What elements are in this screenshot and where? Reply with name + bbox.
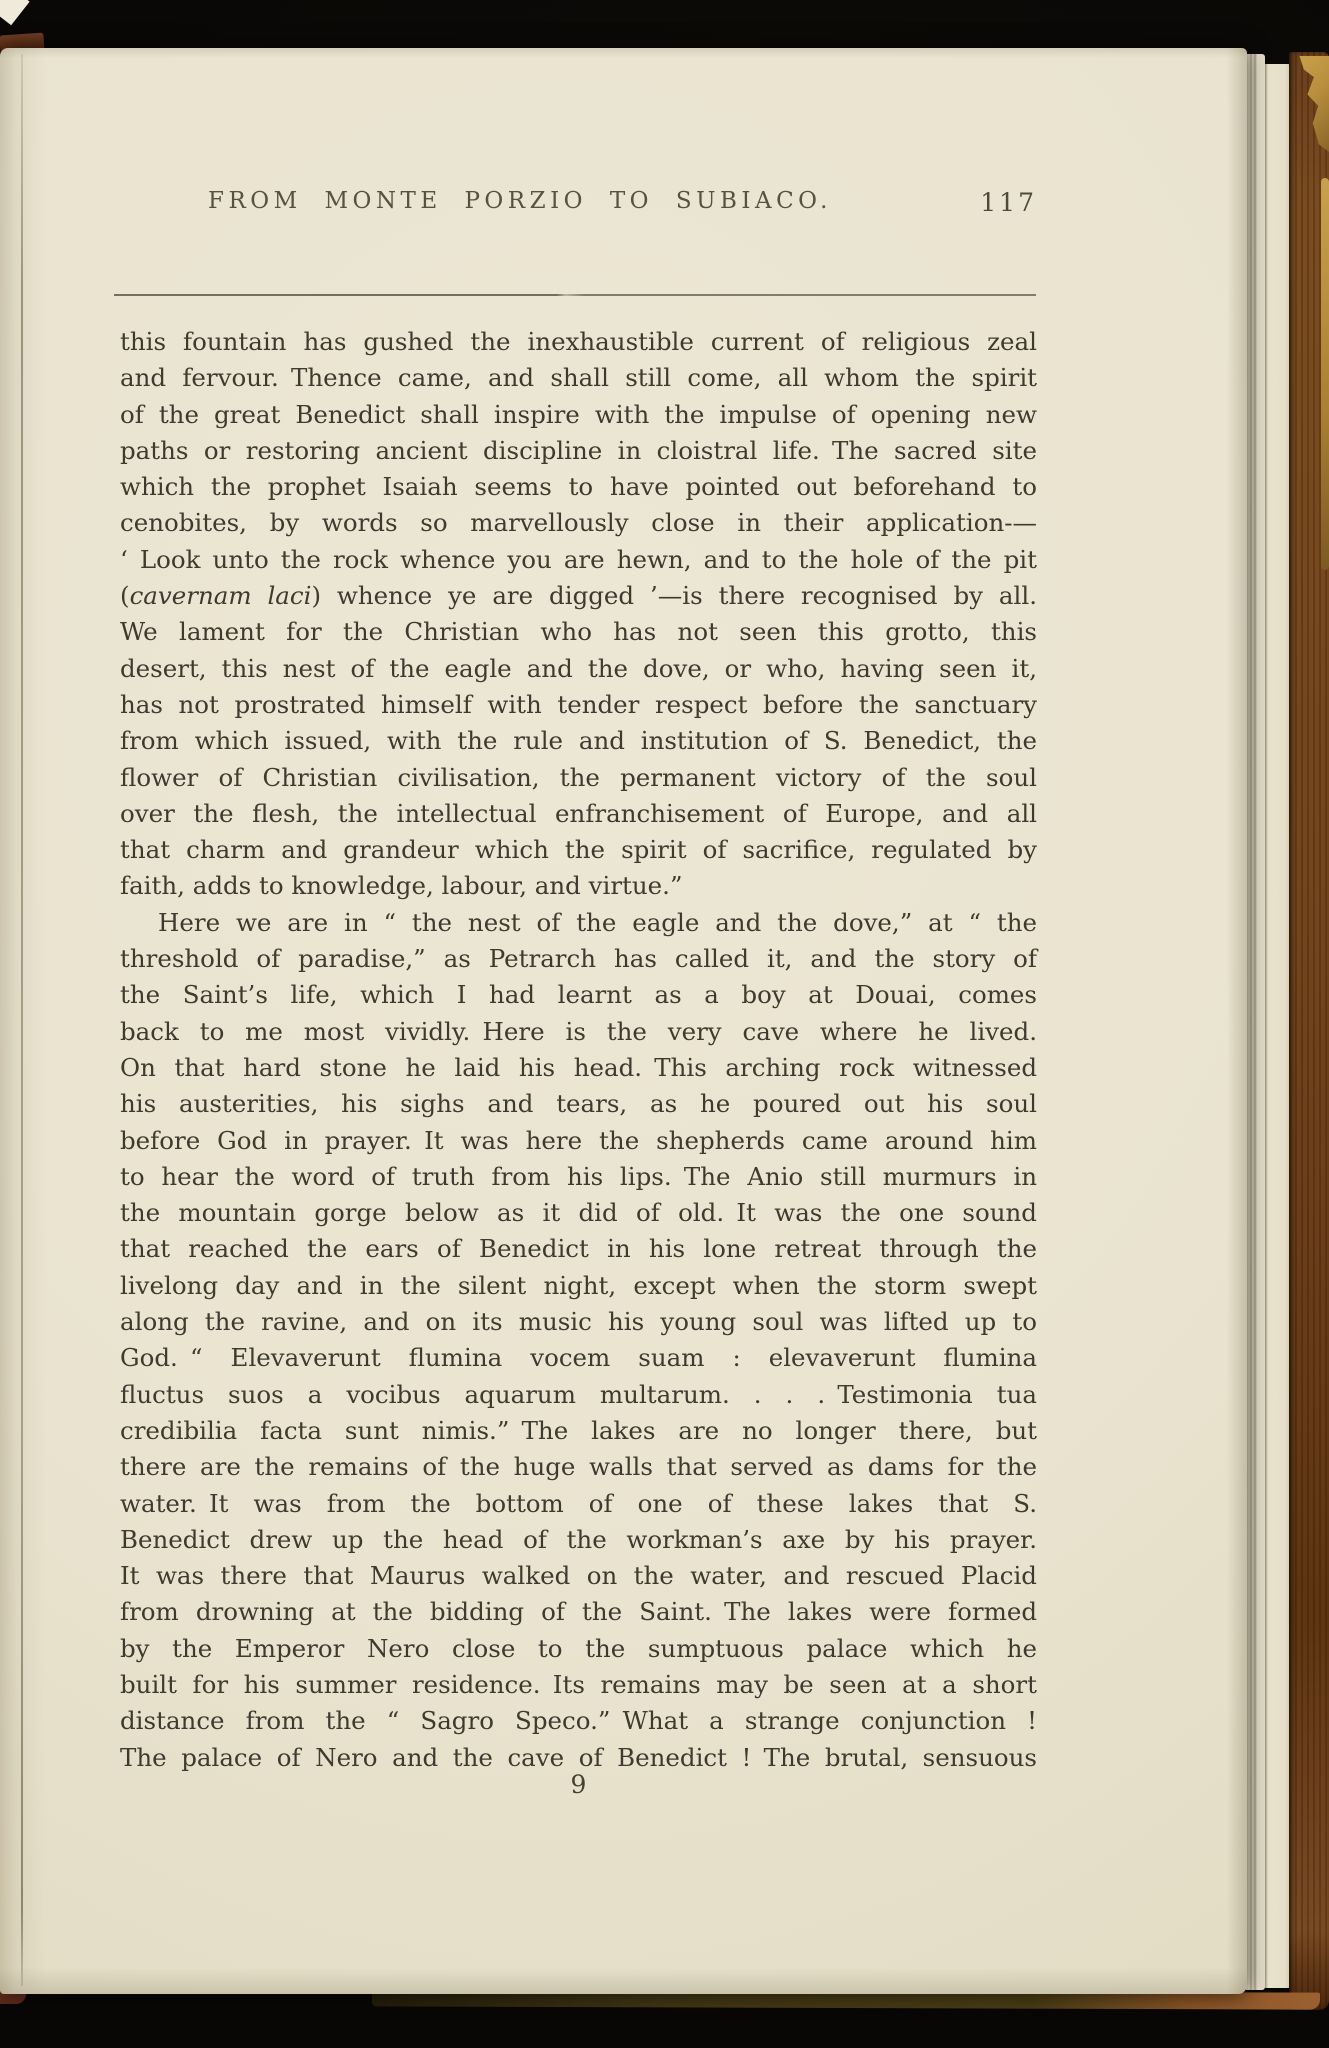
text-line: God. “ Elevaverunt flumina vocem suam : … xyxy=(120,1340,1037,1376)
text-line: paths or restoring ancient discipline in… xyxy=(120,433,1037,469)
text-line: from drowning at the bidding of the Sain… xyxy=(120,1594,1037,1630)
stacked-page-edges-outer xyxy=(1265,64,1292,1988)
text-line: fluctus suos a vocibus aquarum multarum.… xyxy=(120,1377,1037,1413)
text-line: On that hard stone he laid his head. Thi… xyxy=(120,1050,1037,1086)
text-segment: ) whence ye are digged ’—is there recogn… xyxy=(311,581,1037,610)
text-segment: ( xyxy=(120,581,130,610)
page-number: 117 xyxy=(980,188,1037,217)
text-line: that charm and grandeur which the spirit… xyxy=(120,832,1037,868)
text-line: Here we are in “ the nest of the eagle a… xyxy=(120,905,1037,941)
text-line: which the prophet Isaiah seems to have p… xyxy=(120,469,1037,505)
running-header: FROM MONTE PORZIO TO SUBIACO. 117 xyxy=(120,188,1037,222)
text-line: threshold of paradise,” as Petrarch has … xyxy=(120,941,1037,977)
text-line: from which issued, with the rule and ins… xyxy=(120,723,1037,759)
text-line: livelong day and in the silent night, ex… xyxy=(120,1268,1037,1304)
gutter-crease xyxy=(21,54,23,1986)
text-line: the Saint’s life, which I had learnt as … xyxy=(120,977,1037,1013)
text-line: faith, adds to knowledge, labour, and vi… xyxy=(120,868,1037,904)
text-line: built for his summer residence. Its rema… xyxy=(120,1667,1037,1703)
book-page: FROM MONTE PORZIO TO SUBIACO. 117 this f… xyxy=(0,48,1247,1994)
text-line: It was there that Maurus walked on the w… xyxy=(120,1558,1037,1594)
text-line: by the Emperor Nero close to the sumptuo… xyxy=(120,1631,1037,1667)
text-line: there are the remains of the huge walls … xyxy=(120,1449,1037,1485)
running-header-title: FROM MONTE PORZIO TO SUBIACO. xyxy=(120,188,920,214)
text-line: the mountain gorge below as it did of ol… xyxy=(120,1195,1037,1231)
text-line: to hear the word of truth from his lips.… xyxy=(120,1159,1037,1195)
text-line: back to me most vividly. Here is the ver… xyxy=(120,1014,1037,1050)
page-corner-sliver xyxy=(0,0,30,25)
book-scan-photo: FROM MONTE PORZIO TO SUBIACO. 117 this f… xyxy=(0,0,1329,2048)
body-text: this fountain has gushed the inexhaustib… xyxy=(120,324,1037,1776)
text-line: his austerities, his sighs and tears, as… xyxy=(120,1086,1037,1122)
text-line: distance from the “ Sagro Speco.” What a… xyxy=(120,1703,1037,1739)
text-line: before God in prayer. It was here the sh… xyxy=(120,1123,1037,1159)
italic-phrase: cavernam laci xyxy=(130,581,312,610)
text-line: this fountain has gushed the inexhaustib… xyxy=(120,324,1037,360)
text-line: and fervour. Thence came, and shall stil… xyxy=(120,360,1037,396)
text-line: flower of Christian civilisation, the pe… xyxy=(120,760,1037,796)
text-line: credibilia facta sunt nimis.” The lakes … xyxy=(120,1413,1037,1449)
text-line: desert, this nest of the eagle and the d… xyxy=(120,651,1037,687)
text-line: of the great Benedict shall inspire with… xyxy=(120,397,1037,433)
text-line: water. It was from the bottom of one of … xyxy=(120,1486,1037,1522)
text-line: that reached the ears of Benedict in his… xyxy=(120,1231,1037,1267)
signature-mark: 9 xyxy=(120,1770,1037,1799)
text-line: We lament for the Christian who has not … xyxy=(120,614,1037,650)
text-line: along the ravine, and on its music his y… xyxy=(120,1304,1037,1340)
text-line: ‘ Look unto the rock whence you are hewn… xyxy=(120,542,1037,578)
header-rule xyxy=(114,294,1036,296)
text-line: has not prostrated himself with tender r… xyxy=(120,687,1037,723)
text-line: (cavernam laci) whence ye are digged ’—i… xyxy=(120,578,1037,614)
text-line: Benedict drew up the head of the workman… xyxy=(120,1522,1037,1558)
text-line: cenobites, by words so marvellously clos… xyxy=(120,505,1037,541)
stacked-page-edges xyxy=(1246,54,1265,1990)
text-line: over the flesh, the intellectual enfranc… xyxy=(120,796,1037,832)
gilt-binding-edge xyxy=(1321,178,1329,570)
